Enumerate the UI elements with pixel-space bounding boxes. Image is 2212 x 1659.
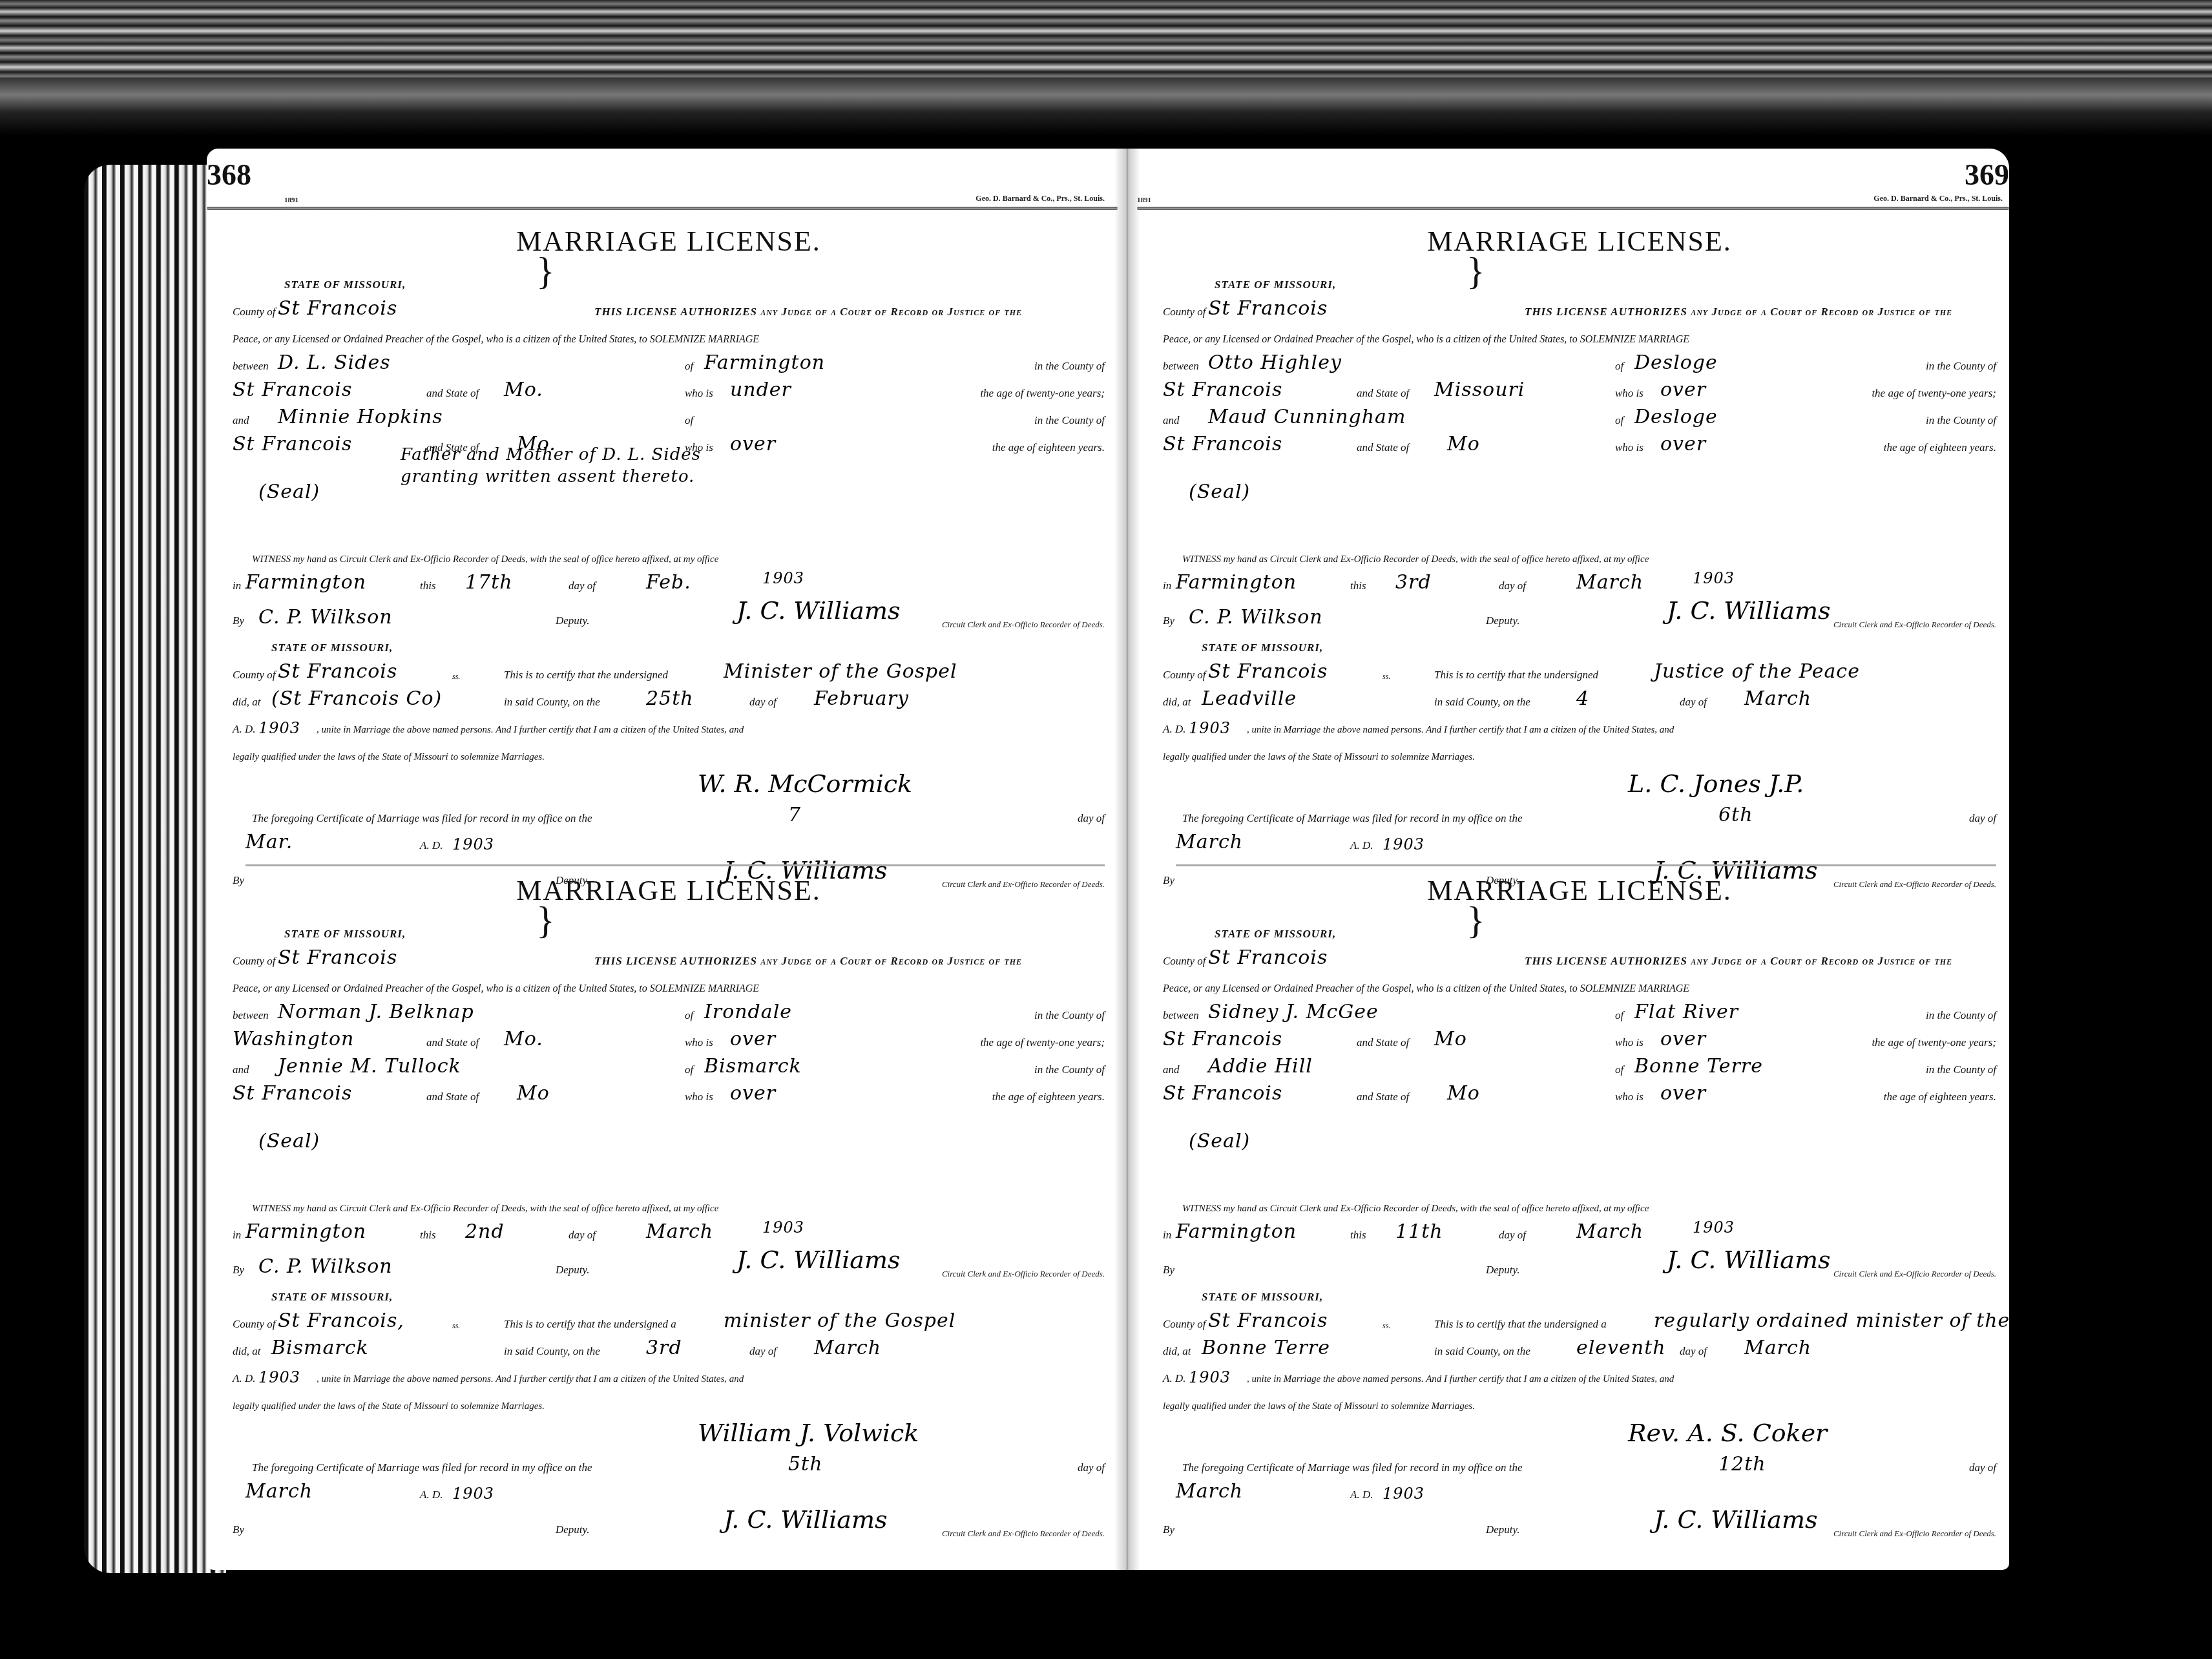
witness-text: WITNESS my hand as Circuit Clerk and Ex-… bbox=[252, 554, 718, 565]
witness-year: 1903 bbox=[762, 569, 804, 587]
witness-place: Farmington bbox=[245, 571, 366, 594]
ceremony-place: Leadville bbox=[1202, 687, 1297, 710]
officiant-title: Justice of the Peace bbox=[1654, 660, 1860, 683]
day-of-label: day of bbox=[749, 696, 777, 709]
county-value: St Francois bbox=[278, 297, 397, 320]
ad-label: A. D. bbox=[233, 1372, 255, 1385]
cert-county: St Francois bbox=[1208, 660, 1328, 683]
who-is-label: who is bbox=[1615, 1036, 1643, 1049]
day-of-label: day of bbox=[1680, 1345, 1707, 1358]
license-title: MARRIAGE LICENSE. bbox=[1163, 874, 1996, 907]
filed-year: 1903 bbox=[1382, 1485, 1424, 1503]
ceremony-day: eleventh bbox=[1576, 1337, 1666, 1359]
ceremony-year: 1903 bbox=[258, 1368, 300, 1386]
witness-month: March bbox=[1576, 1220, 1643, 1243]
groom-age-text: the age of twenty-one years; bbox=[980, 387, 1105, 400]
of-label: of bbox=[685, 1009, 693, 1022]
state-label: STATE OF MISSOURI, bbox=[1215, 928, 1336, 941]
witness-day: 2nd bbox=[465, 1220, 505, 1243]
officiant-title: regularly ordained minister of the Gospe… bbox=[1654, 1309, 2088, 1332]
ad-label: A. D. bbox=[233, 723, 255, 736]
header-rule bbox=[1137, 207, 2009, 210]
groom-county: St Francois bbox=[233, 379, 352, 401]
cert-text: This is to certify that the undersigned bbox=[504, 669, 668, 682]
authorization-text: THIS LICENSE AUTHORIZES any Judge of a C… bbox=[1525, 306, 1952, 318]
and-label: and bbox=[233, 414, 249, 427]
county-label: County of bbox=[1163, 955, 1206, 968]
between-label: between bbox=[1163, 360, 1199, 373]
of-label: of bbox=[685, 414, 693, 427]
groom-age-status: over bbox=[1660, 1028, 1706, 1050]
day-of-label: day of bbox=[1969, 1461, 1996, 1474]
authorization-text-2: Peace, or any Licensed or Ordained Preac… bbox=[233, 983, 759, 995]
groom-state: Mo bbox=[1434, 1028, 1467, 1050]
ad-label: A. D. bbox=[1350, 839, 1373, 852]
of-label: of bbox=[685, 1063, 693, 1076]
county-value: St Francois bbox=[1208, 946, 1328, 969]
groom-age-status: over bbox=[730, 1028, 776, 1050]
ss-mark: ss. bbox=[452, 1321, 460, 1331]
marriage-license: MARRIAGE LICENSE. STATE OF MISSOURI, } C… bbox=[233, 869, 1105, 1515]
header-rule bbox=[207, 207, 1118, 210]
and-state-label: and State of bbox=[426, 1090, 479, 1103]
ceremony-year: 1903 bbox=[1189, 719, 1231, 737]
clerk-caption: Circuit Clerk and Ex-Officio Recorder of… bbox=[942, 1269, 1105, 1279]
between-label: between bbox=[233, 360, 269, 373]
county-value: St Francois bbox=[1208, 297, 1328, 320]
this-label: this bbox=[420, 579, 436, 592]
bride-county: St Francois bbox=[233, 433, 352, 455]
filed-text: The foregoing Certificate of Marriage wa… bbox=[1182, 1461, 1522, 1474]
day-of-label: day of bbox=[569, 1229, 596, 1242]
page-right: 369 1891 Geo. D. Barnard & Co., Prs., St… bbox=[1137, 149, 2009, 1570]
in-label: in bbox=[233, 579, 241, 592]
ad-label: A. D. bbox=[420, 1488, 443, 1501]
consent-note: Father and Mother of D. L. Sides grantin… bbox=[401, 444, 762, 488]
clerk-caption: Circuit Clerk and Ex-Officio Recorder of… bbox=[1833, 620, 1996, 630]
witness-day: 17th bbox=[465, 571, 513, 594]
witness-month: March bbox=[1576, 571, 1643, 594]
filed-day: 7 bbox=[788, 804, 801, 826]
seal-mark: (Seal) bbox=[258, 1130, 320, 1153]
bride-state: Mo bbox=[1447, 433, 1480, 455]
of-label: of bbox=[685, 360, 693, 373]
witness-text: WITNESS my hand as Circuit Clerk and Ex-… bbox=[252, 1204, 718, 1215]
bride-state: Mo bbox=[517, 1082, 550, 1105]
by-label: By bbox=[1163, 1523, 1174, 1536]
officiant-title: Minister of the Gospel bbox=[724, 660, 957, 683]
this-label: this bbox=[1350, 579, 1366, 592]
authorization-text-2: Peace, or any Licensed or Ordained Preac… bbox=[233, 334, 759, 346]
brace: } bbox=[1466, 249, 1485, 293]
county-label: County of bbox=[233, 1318, 276, 1331]
cert-text-2: , unite in Marriage the above named pers… bbox=[1247, 725, 1674, 736]
license-divider bbox=[1176, 864, 1996, 866]
ad-label: A. D. bbox=[1163, 723, 1185, 736]
day-of-label: day of bbox=[569, 579, 596, 592]
bride-state: Mo bbox=[1447, 1082, 1480, 1105]
groom-name: Sidney J. McGee bbox=[1208, 1001, 1379, 1023]
groom-age-status: under bbox=[730, 379, 791, 401]
scanner-edge-band bbox=[0, 0, 2212, 78]
scanner-edge-shadow bbox=[0, 78, 2212, 136]
state-label: STATE OF MISSOURI, bbox=[284, 278, 406, 291]
filed-day: 12th bbox=[1718, 1453, 1766, 1476]
ceremony-day: 4 bbox=[1576, 687, 1589, 710]
filed-month: Mar. bbox=[245, 831, 293, 853]
in-county-label: in the County of bbox=[1034, 360, 1105, 373]
groom-residence: Farmington bbox=[704, 351, 825, 374]
day-of-label: day of bbox=[1969, 812, 1996, 825]
cert-state-label: STATE OF MISSOURI, bbox=[271, 642, 393, 654]
cert-county: St Francois, bbox=[278, 1309, 404, 1332]
state-label: STATE OF MISSOURI, bbox=[284, 928, 406, 941]
between-label: between bbox=[1163, 1009, 1199, 1022]
ss-mark: ss. bbox=[452, 672, 460, 682]
clerk-caption: Circuit Clerk and Ex-Officio Recorder of… bbox=[942, 1529, 1105, 1539]
bride-age-status: over bbox=[1660, 433, 1706, 455]
authorization-text: THIS LICENSE AUTHORIZES any Judge of a C… bbox=[1525, 955, 1952, 968]
and-state-label: and State of bbox=[426, 387, 479, 400]
cert-state-label: STATE OF MISSOURI, bbox=[1202, 642, 1323, 654]
bride-residence: Desloge bbox=[1634, 406, 1718, 428]
groom-name: Norman J. Belknap bbox=[278, 1001, 474, 1023]
witness-place: Farmington bbox=[1176, 571, 1297, 594]
license-title: MARRIAGE LICENSE. bbox=[233, 225, 1105, 258]
filed-month: March bbox=[1176, 1480, 1243, 1503]
cert-county: St Francois bbox=[1208, 1309, 1328, 1332]
officiant-signature: Rev. A. S. Coker bbox=[1628, 1419, 1827, 1447]
county-value: St Francois bbox=[278, 946, 397, 969]
cert-text-3: legally qualified under the laws of the … bbox=[1163, 752, 1475, 763]
in-county-label: in the County of bbox=[1034, 414, 1105, 427]
cert-text-3: legally qualified under the laws of the … bbox=[1163, 1401, 1475, 1412]
ledger-spread: 368 1891 Geo. D. Barnard & Co., Prs., St… bbox=[207, 149, 2009, 1570]
bride-name: Addie Hill bbox=[1208, 1055, 1313, 1078]
county-label: County of bbox=[233, 669, 276, 682]
deputy-name: C. P. Wilkson bbox=[258, 606, 393, 629]
deputy-label: Deputy. bbox=[1486, 614, 1519, 627]
bride-county: St Francois bbox=[1163, 433, 1282, 455]
clerk-signature: J. C. Williams bbox=[1667, 1246, 1831, 1274]
ss-mark: ss. bbox=[1382, 672, 1390, 682]
and-state-label: and State of bbox=[1357, 387, 1409, 400]
deputy-name: C. P. Wilkson bbox=[1189, 606, 1323, 629]
who-is-label: who is bbox=[1615, 441, 1643, 454]
did-at-label: did, at bbox=[233, 1345, 260, 1358]
in-said-county-label: in said County, on the bbox=[504, 696, 600, 709]
witness-place: Farmington bbox=[245, 1220, 366, 1243]
in-county-label: in the County of bbox=[1926, 1063, 1996, 1076]
seal-mark: (Seal) bbox=[1189, 1130, 1250, 1153]
cert-text-2: , unite in Marriage the above named pers… bbox=[317, 725, 744, 736]
this-label: this bbox=[420, 1229, 436, 1242]
day-of-label: day of bbox=[1078, 1461, 1105, 1474]
bride-age-status: over bbox=[1660, 1082, 1706, 1105]
witness-day: 3rd bbox=[1395, 571, 1432, 594]
day-of-label: day of bbox=[1499, 1229, 1526, 1242]
bride-name: Minnie Hopkins bbox=[278, 406, 443, 428]
authorization-text: THIS LICENSE AUTHORIZES any Judge of a C… bbox=[594, 306, 1022, 318]
printer-imprint: Geo. D. Barnard & Co., Prs., St. Louis. bbox=[1873, 194, 2003, 203]
by-label: By bbox=[1163, 1264, 1174, 1277]
ceremony-place: Bismarck bbox=[271, 1337, 369, 1359]
bride-residence: Bismarck bbox=[704, 1055, 802, 1078]
witness-year: 1903 bbox=[1693, 1218, 1735, 1236]
ceremony-year: 1903 bbox=[1189, 1368, 1231, 1386]
in-said-county-label: in said County, on the bbox=[1434, 696, 1530, 709]
of-label: of bbox=[1615, 1063, 1623, 1076]
ceremony-month: March bbox=[1744, 687, 1811, 710]
filed-month: March bbox=[1176, 831, 1243, 853]
deputy-name: C. P. Wilkson bbox=[258, 1255, 393, 1278]
ceremony-month: March bbox=[1744, 1337, 1811, 1359]
officiant-title: minister of the Gospel bbox=[724, 1309, 955, 1332]
deputy-label: Deputy. bbox=[1486, 1264, 1519, 1277]
cert-text: This is to certify that the undersigned … bbox=[504, 1318, 676, 1331]
license-divider bbox=[245, 864, 1105, 866]
book-gutter bbox=[1114, 149, 1140, 1570]
form-year-mark: 1891 bbox=[284, 196, 298, 204]
filed-text: The foregoing Certificate of Marriage wa… bbox=[252, 812, 592, 825]
authorization-text-2: Peace, or any Licensed or Ordained Preac… bbox=[1163, 983, 1689, 995]
in-county-label: in the County of bbox=[1926, 414, 1996, 427]
witness-year: 1903 bbox=[1693, 569, 1735, 587]
in-county-label: in the County of bbox=[1034, 1009, 1105, 1022]
groom-residence: Flat River bbox=[1634, 1001, 1738, 1023]
by-label: By bbox=[233, 614, 244, 627]
ceremony-month: March bbox=[814, 1337, 881, 1359]
county-label: County of bbox=[1163, 306, 1206, 318]
license-title: MARRIAGE LICENSE. bbox=[233, 874, 1105, 907]
brace: } bbox=[1466, 898, 1485, 943]
bride-age-text: the age of eighteen years. bbox=[992, 441, 1105, 454]
in-county-label: in the County of bbox=[1926, 360, 1996, 373]
groom-age-text: the age of twenty-one years; bbox=[1872, 387, 1996, 400]
in-label: in bbox=[233, 1229, 241, 1242]
page-left: 368 1891 Geo. D. Barnard & Co., Prs., St… bbox=[207, 149, 1118, 1570]
day-of-label: day of bbox=[1680, 696, 1707, 709]
cert-text-2: , unite in Marriage the above named pers… bbox=[1247, 1374, 1674, 1385]
groom-state: Missouri bbox=[1434, 379, 1525, 401]
who-is-label: who is bbox=[685, 1036, 713, 1049]
bride-age-status: over bbox=[730, 1082, 776, 1105]
authorization-text-2: Peace, or any Licensed or Ordained Preac… bbox=[1163, 334, 1689, 346]
this-label: this bbox=[1350, 1229, 1366, 1242]
witness-month: March bbox=[646, 1220, 713, 1243]
and-state-label: and State of bbox=[426, 1036, 479, 1049]
witness-place: Farmington bbox=[1176, 1220, 1297, 1243]
cert-text-3: legally qualified under the laws of the … bbox=[233, 1401, 545, 1412]
ad-label: A. D. bbox=[420, 839, 443, 852]
brace: } bbox=[536, 249, 555, 293]
who-is-label: who is bbox=[685, 1090, 713, 1103]
witness-text: WITNESS my hand as Circuit Clerk and Ex-… bbox=[1182, 554, 1649, 565]
did-at-label: did, at bbox=[1163, 696, 1191, 709]
ceremony-place: (St Francois Co) bbox=[271, 687, 442, 710]
bride-residence: Bonne Terre bbox=[1634, 1055, 1763, 1078]
ad-label: A. D. bbox=[1350, 1488, 1373, 1501]
did-at-label: did, at bbox=[1163, 1345, 1191, 1358]
between-label: between bbox=[233, 1009, 269, 1022]
clerk-caption: Circuit Clerk and Ex-Officio Recorder of… bbox=[1833, 1529, 1996, 1539]
and-label: and bbox=[233, 1063, 249, 1076]
day-of-label: day of bbox=[1499, 579, 1526, 592]
book-page-edges bbox=[84, 165, 226, 1573]
bride-age-text: the age of eighteen years. bbox=[992, 1090, 1105, 1103]
form-year-mark: 1891 bbox=[1137, 196, 1151, 204]
groom-county: St Francois bbox=[1163, 379, 1282, 401]
witness-text: WITNESS my hand as Circuit Clerk and Ex-… bbox=[1182, 1204, 1649, 1215]
county-label: County of bbox=[1163, 1318, 1206, 1331]
groom-name: D. L. Sides bbox=[278, 351, 391, 374]
ceremony-year: 1903 bbox=[258, 719, 300, 737]
groom-county: St Francois bbox=[1163, 1028, 1282, 1050]
deputy-label: Deputy. bbox=[556, 1523, 589, 1536]
groom-name: Otto Highley bbox=[1208, 351, 1342, 374]
marriage-license: MARRIAGE LICENSE. STATE OF MISSOURI, } C… bbox=[1163, 869, 1996, 1515]
and-state-label: and State of bbox=[1357, 1036, 1409, 1049]
and-label: and bbox=[1163, 1063, 1180, 1076]
in-said-county-label: in said County, on the bbox=[504, 1345, 600, 1358]
who-is-label: who is bbox=[1615, 1090, 1643, 1103]
by-label: By bbox=[233, 1264, 244, 1277]
witness-year: 1903 bbox=[762, 1218, 804, 1236]
witness-month: Feb. bbox=[646, 571, 691, 594]
bride-age-text: the age of eighteen years. bbox=[1884, 441, 1996, 454]
bride-name: Jennie M. Tullock bbox=[278, 1055, 461, 1078]
filed-year: 1903 bbox=[452, 1485, 494, 1503]
license-title: MARRIAGE LICENSE. bbox=[1163, 225, 1996, 258]
in-label: in bbox=[1163, 579, 1171, 592]
ad-label: A. D. bbox=[1163, 1372, 1185, 1385]
marriage-license: MARRIAGE LICENSE. STATE OF MISSOURI, } C… bbox=[1163, 220, 1996, 866]
filed-year: 1903 bbox=[1382, 835, 1424, 853]
seal-mark: (Seal) bbox=[258, 481, 320, 503]
by-label: By bbox=[1163, 614, 1174, 627]
who-is-label: who is bbox=[685, 387, 713, 400]
officiant-signature: W. R. McCormick bbox=[698, 769, 912, 798]
groom-residence: Desloge bbox=[1634, 351, 1718, 374]
bride-county: St Francois bbox=[233, 1082, 352, 1105]
clerk-caption: Circuit Clerk and Ex-Officio Recorder of… bbox=[1833, 1269, 1996, 1279]
brace: } bbox=[536, 898, 555, 943]
day-of-label: day of bbox=[1078, 812, 1105, 825]
cert-text-3: legally qualified under the laws of the … bbox=[233, 752, 545, 763]
did-at-label: did, at bbox=[233, 696, 260, 709]
groom-county: Washington bbox=[233, 1028, 354, 1050]
groom-age-text: the age of twenty-one years; bbox=[1872, 1036, 1996, 1049]
state-label: STATE OF MISSOURI, bbox=[1215, 278, 1336, 291]
officiant-signature: L. C. Jones J.P. bbox=[1628, 769, 1804, 798]
clerk-signature: J. C. Williams bbox=[736, 596, 901, 625]
cert-county: St Francois bbox=[278, 660, 397, 683]
deputy-label: Deputy. bbox=[1486, 1523, 1519, 1536]
cert-state-label: STATE OF MISSOURI, bbox=[1202, 1291, 1323, 1304]
cert-state-label: STATE OF MISSOURI, bbox=[271, 1291, 393, 1304]
filed-clerk-signature: J. C. Williams bbox=[1654, 1505, 1818, 1534]
cert-text: This is to certify that the undersigned bbox=[1434, 669, 1598, 682]
deputy-label: Deputy. bbox=[556, 614, 589, 627]
of-label: of bbox=[1615, 360, 1623, 373]
filed-year: 1903 bbox=[452, 835, 494, 853]
marriage-license: MARRIAGE LICENSE. STATE OF MISSOURI, } C… bbox=[233, 220, 1105, 866]
clerk-signature: J. C. Williams bbox=[736, 1246, 901, 1274]
day-of-label: day of bbox=[749, 1345, 777, 1358]
officiant-signature: William J. Volwick bbox=[698, 1419, 919, 1447]
of-label: of bbox=[1615, 414, 1623, 427]
and-state-label: and State of bbox=[1357, 1090, 1409, 1103]
cert-text-2: , unite in Marriage the above named pers… bbox=[317, 1374, 744, 1385]
in-said-county-label: in said County, on the bbox=[1434, 1345, 1530, 1358]
seal-mark: (Seal) bbox=[1189, 481, 1250, 503]
groom-age-text: the age of twenty-one years; bbox=[980, 1036, 1105, 1049]
filed-day: 5th bbox=[788, 1453, 822, 1476]
clerk-caption: Circuit Clerk and Ex-Officio Recorder of… bbox=[942, 620, 1105, 630]
who-is-label: who is bbox=[1615, 387, 1643, 400]
filed-text: The foregoing Certificate of Marriage wa… bbox=[1182, 812, 1522, 825]
filed-text: The foregoing Certificate of Marriage wa… bbox=[252, 1461, 592, 1474]
ceremony-place: Bonne Terre bbox=[1202, 1337, 1330, 1359]
bride-county: St Francois bbox=[1163, 1082, 1282, 1105]
groom-state: Mo. bbox=[504, 379, 543, 401]
ceremony-day: 3rd bbox=[646, 1337, 682, 1359]
deputy-label: Deputy. bbox=[556, 1264, 589, 1277]
in-county-label: in the County of bbox=[1926, 1009, 1996, 1022]
and-label: and bbox=[1163, 414, 1180, 427]
and-state-label: and State of bbox=[1357, 441, 1409, 454]
ceremony-month: February bbox=[814, 687, 909, 710]
groom-age-status: over bbox=[1660, 379, 1706, 401]
groom-state: Mo. bbox=[504, 1028, 543, 1050]
county-label: County of bbox=[1163, 669, 1206, 682]
county-label: County of bbox=[233, 955, 276, 968]
of-label: of bbox=[1615, 1009, 1623, 1022]
clerk-signature: J. C. Williams bbox=[1667, 596, 1831, 625]
filed-month: March bbox=[245, 1480, 313, 1503]
printer-imprint: Geo. D. Barnard & Co., Prs., St. Louis. bbox=[976, 194, 1105, 203]
by-label: By bbox=[233, 1523, 244, 1536]
groom-residence: Irondale bbox=[704, 1001, 792, 1023]
in-label: in bbox=[1163, 1229, 1171, 1242]
ss-mark: ss. bbox=[1382, 1321, 1390, 1331]
page-number: 369 bbox=[1965, 158, 2009, 192]
ceremony-day: 25th bbox=[646, 687, 694, 710]
authorization-text: THIS LICENSE AUTHORIZES any Judge of a C… bbox=[594, 955, 1022, 968]
in-county-label: in the County of bbox=[1034, 1063, 1105, 1076]
page-number: 368 bbox=[207, 158, 251, 192]
bride-age-text: the age of eighteen years. bbox=[1884, 1090, 1996, 1103]
bride-name: Maud Cunningham bbox=[1208, 406, 1406, 428]
cert-text: This is to certify that the undersigned … bbox=[1434, 1318, 1607, 1331]
filed-day: 6th bbox=[1718, 804, 1753, 826]
witness-day: 11th bbox=[1395, 1220, 1443, 1243]
filed-clerk-signature: J. C. Williams bbox=[724, 1505, 888, 1534]
county-label: County of bbox=[233, 306, 276, 318]
